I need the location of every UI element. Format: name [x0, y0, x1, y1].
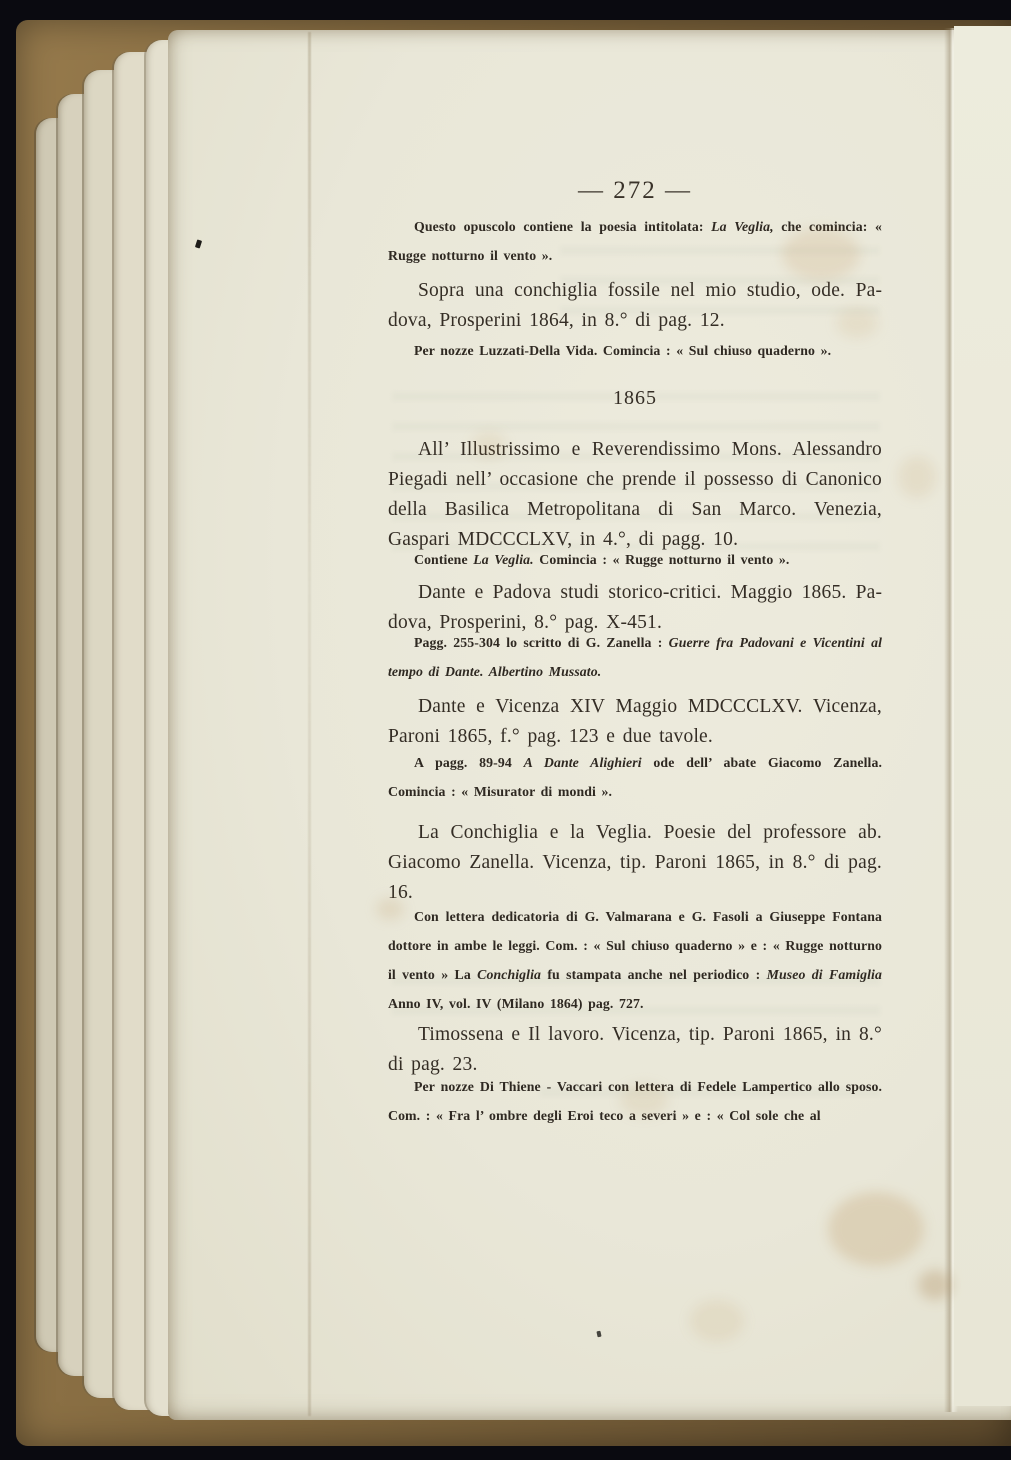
italic-text-run: Conchiglia — [477, 967, 541, 982]
text-run: La Conchiglia e la Veglia. Poesie del pr… — [388, 822, 882, 903]
text-run: A pagg. 89-94 — [414, 755, 524, 770]
year-heading: 1865 — [388, 383, 882, 413]
bibliography-entry: Timossena e Il lavoro. Vicenza, tip. Par… — [388, 1020, 882, 1080]
page-fold-line — [308, 32, 311, 1416]
text-run: Anno IV, vol. IV (Milano 1864) pag. 727. — [388, 996, 644, 1011]
page-number: — 272 — — [388, 176, 882, 206]
bibliography-entry: Sopra una conchiglia fossile nel mio stu… — [388, 276, 882, 336]
foxing-stain — [472, 432, 506, 458]
page-text-block: — 272 — Questo opuscolo contiene la poes… — [388, 176, 882, 1130]
text-run: Sopra una conchiglia fossile nel mio stu… — [388, 280, 882, 331]
text-run: fu stampata anche nel periodico : — [541, 967, 767, 982]
foxing-stain — [782, 228, 860, 280]
facing-page-edge — [954, 26, 1011, 1406]
text-run: Questo opuscolo contiene la poesia intit… — [414, 219, 711, 234]
foxing-stain — [620, 1084, 668, 1116]
scan-background: — 272 — Questo opuscolo contiene la poes… — [0, 0, 1011, 1460]
foxing-stain — [690, 1300, 744, 1342]
text-run: Dante e Padova studi storico-critici. Ma… — [388, 582, 882, 633]
italic-text-run: A Dante Alighieri — [524, 755, 642, 770]
text-run: Contiene — [414, 552, 473, 567]
text-run: All’ Illustrissimo e Reverendissimo Mons… — [388, 439, 882, 550]
annotation-note: Contiene La Veglia. Comincia : « Rugge n… — [388, 545, 882, 574]
bibliography-entry: All’ Illustrissimo e Reverendissimo Mons… — [388, 435, 882, 555]
text-run: Comincia : « Rugge notturno il vento ». — [534, 552, 790, 567]
foxing-stain — [376, 898, 404, 920]
foxing-stain — [836, 308, 878, 338]
italic-text-run: La Veglia, — [711, 219, 774, 234]
annotation-note: Per nozze Luzzati-Della Vida. Comincia :… — [388, 336, 882, 365]
italic-text-run: La Veglia. — [473, 552, 533, 567]
bibliography-entry: La Conchiglia e la Veglia. Poesie del pr… — [388, 818, 882, 908]
annotation-note: Pagg. 255-304 lo scritto di G. Zanella :… — [388, 628, 882, 686]
text-run: Per nozze Luzzati-Della Vida. Comincia :… — [414, 343, 831, 358]
italic-text-run: Museo di Famiglia — [767, 967, 882, 982]
text-run: Dante e Vicenza XIV Maggio MDCCCLXV. Vic… — [388, 696, 882, 747]
text-run: 1865 — [613, 387, 657, 409]
annotation-note: A pagg. 89-94 A Dante Alighieri ode dell… — [388, 748, 882, 806]
text-run: Timossena e Il lavoro. Vicenza, tip. Par… — [388, 1024, 882, 1075]
bibliography-entry: Dante e Vicenza XIV Maggio MDCCCLXV. Vic… — [388, 692, 882, 752]
foxing-stain — [918, 1270, 952, 1300]
foxing-stain — [898, 456, 936, 498]
annotation-note: Con lettera dedicatoria di G. Valmarana … — [388, 902, 882, 1018]
foxing-stain — [828, 1192, 924, 1266]
text-run: Pagg. 255-304 lo scritto di G. Zanella : — [414, 635, 669, 650]
